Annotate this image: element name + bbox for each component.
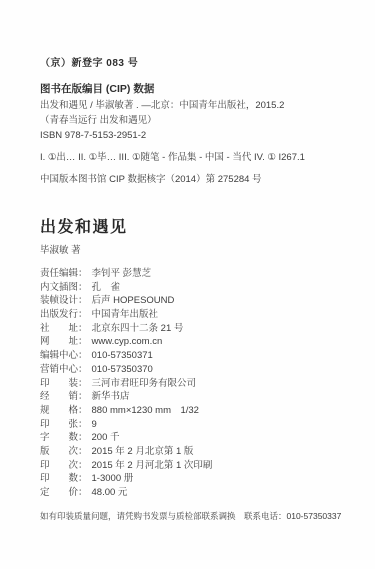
cip-classification: I. ①出… II. ①毕… III. ①随笔 - 作品集 - 中国 - 当代 … [40, 149, 305, 163]
colophon-label: 字 数： [40, 432, 88, 443]
colophon-value: 孔 雀 [92, 282, 121, 293]
colophon-label: 定 价： [40, 487, 88, 498]
colophon-label: 营销中心： [40, 364, 88, 375]
colophon-row-editorial-center: 编辑中心：010-57350371 [40, 349, 212, 363]
colophon-value: 三河市君旺印务有限公司 [92, 378, 197, 389]
colophon-row-printer: 印 装：三河市君旺印务有限公司 [40, 377, 212, 391]
registration-number: （京）新登字 083 号 [40, 54, 138, 69]
colophon-label: 编辑中心： [40, 350, 88, 361]
colophon-value: 李钊平 彭慧芝 [92, 268, 152, 279]
copyright-page: （京）新登字 083 号 图书在版编目 (CIP) 数据 出发和遇见 / 毕淑敏… [0, 0, 375, 569]
colophon-value: 新华书店 [92, 391, 130, 402]
colophon-value: 后声 HOPESOUND [92, 295, 175, 306]
colophon-label: 印 次： [40, 460, 88, 471]
cip-line-isbn: ISBN 978-7-5153-2951-2 [40, 128, 284, 143]
colophon-value: 2015 年 2 月河北第 1 次印刷 [92, 460, 213, 471]
colophon-row-price: 定 价：48.00 元 [40, 486, 212, 500]
colophon-label: 责任编辑： [40, 268, 88, 279]
cip-description: 出发和遇见 / 毕淑敏著 . —北京：中国青年出版社，2015.2 （青春当远行… [40, 98, 284, 143]
colophon-value: 2015 年 2 月北京第 1 版 [92, 446, 194, 457]
cip-line-title: 出发和遇见 / 毕淑敏著 . —北京：中国青年出版社，2015.2 [40, 98, 284, 113]
colophon-label: 装帧设计： [40, 295, 88, 306]
colophon-row-edition: 版 次：2015 年 2 月北京第 1 版 [40, 445, 212, 459]
colophon-row-marketing-center: 营销中心：010-57350370 [40, 363, 212, 377]
colophon-row-illustration: 内文插图：孔 雀 [40, 281, 212, 295]
colophon-label: 版 次： [40, 446, 88, 457]
colophon-value: 中国青年出版社 [92, 309, 159, 320]
colophon-row-address: 社 址：北京东四十二条 21 号 [40, 322, 212, 336]
colophon-row-word-count: 字 数：200 千 [40, 431, 212, 445]
colophon-row-impression: 印 次：2015 年 2 月河北第 1 次印刷 [40, 459, 212, 473]
cip-line-series: （青春当远行 出发和遇见） [40, 113, 284, 128]
colophon-row-print-run: 印 数：1-3000 册 [40, 472, 212, 486]
colophon-label: 印 数： [40, 473, 88, 484]
colophon-label: 出版发行： [40, 309, 88, 320]
colophon-label: 网 址： [40, 336, 88, 347]
colophon-row-editor: 责任编辑：李钊平 彭慧芝 [40, 267, 212, 281]
book-title: 出发和遇见 [40, 214, 128, 237]
colophon-row-website: 网 址：www.cyp.com.cn [40, 335, 212, 349]
cip-heading: 图书在版编目 (CIP) 数据 [40, 81, 154, 96]
colophon-label: 印 装： [40, 378, 88, 389]
colophon-label: 社 址： [40, 323, 88, 334]
colophon-row-design: 装帧设计：后声 HOPESOUND [40, 294, 212, 308]
colophon-row-distributor: 经 销：新华书店 [40, 390, 212, 404]
quality-notice: 如有印装质量问题，请凭购书发票与质检部联系调换 联系电话：010-5735033… [40, 510, 341, 522]
colophon-value: 010-57350371 [92, 350, 153, 361]
colophon-label: 内文插图： [40, 282, 88, 293]
colophon-row-sheets: 印 张：9 [40, 418, 212, 432]
colophon-list: 责任编辑：李钊平 彭慧芝 内文插图：孔 雀 装帧设计：后声 HOPESOUND … [40, 267, 212, 500]
colophon-row-publisher: 出版发行：中国青年出版社 [40, 308, 212, 322]
colophon-value: 北京东四十二条 21 号 [92, 323, 184, 334]
colophon-value: 880 mm×1230 mm 1/32 [92, 405, 199, 416]
colophon-value: www.cyp.com.cn [92, 336, 163, 347]
colophon-value: 1-3000 册 [92, 473, 134, 484]
colophon-value: 200 千 [92, 432, 120, 443]
colophon-value: 010-57350370 [92, 364, 153, 375]
cip-record-number: 中国版本图书馆 CIP 数据核字（2014）第 275284 号 [40, 171, 262, 185]
colophon-label: 规 格： [40, 405, 88, 416]
colophon-label: 经 销： [40, 391, 88, 402]
colophon-row-format: 规 格：880 mm×1230 mm 1/32 [40, 404, 212, 418]
colophon-value: 48.00 元 [92, 487, 128, 498]
colophon-label: 印 张： [40, 419, 88, 430]
book-author: 毕淑敏 著 [40, 242, 81, 256]
colophon-value: 9 [92, 419, 97, 430]
